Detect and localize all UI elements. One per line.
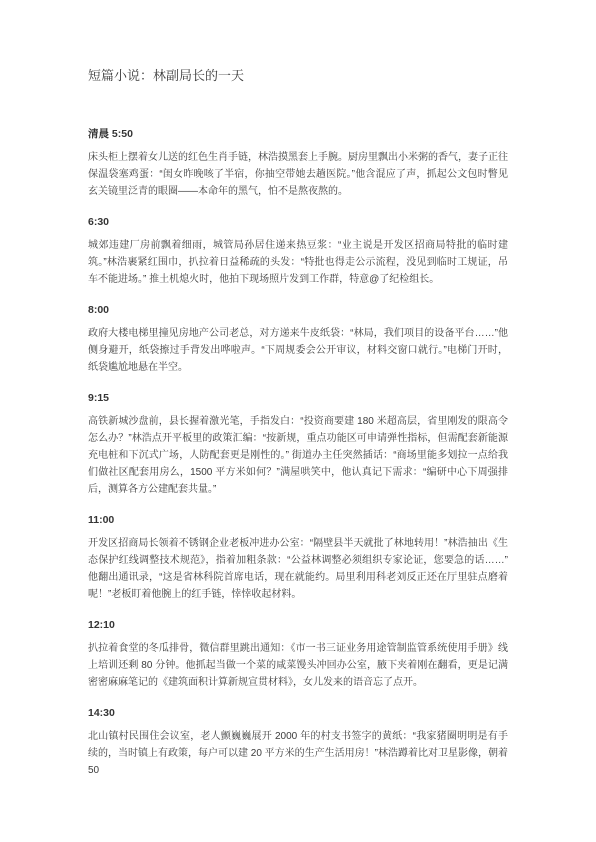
story-section-0550: 清晨 5:50 床头柜上摆着女儿送的红色生肖手链，林浩摸黑套上手腕。厨房里飘出小… <box>88 126 508 200</box>
section-time-heading: 清晨 5:50 <box>88 126 508 143</box>
document-title: 短篇小说：林副局长的一天 <box>88 66 508 86</box>
section-time-heading: 11:00 <box>88 512 508 529</box>
story-section-1100: 11:00 开发区招商局长领着不锈钢企业老板冲进办公室：“隔壁县半天就批了林地转… <box>88 512 508 603</box>
section-paragraph: 高铁新城沙盘前，县长握着激光笔，手指发白：“投资商要建 180 米超高层，省里刚… <box>88 413 508 498</box>
section-paragraph: 城郊违建厂房前飘着细雨，城管局孙居住递来热豆浆：“业主说是开发区招商局特批的临时… <box>88 237 508 288</box>
story-section-0630: 6:30 城郊违建厂房前飘着细雨，城管局孙居住递来热豆浆：“业主说是开发区招商局… <box>88 214 508 288</box>
story-section-0915: 9:15 高铁新城沙盘前，县长握着激光笔，手指发白：“投资商要建 180 米超高… <box>88 390 508 498</box>
section-paragraph: 政府大楼电梯里撞见房地产公司老总，对方递来牛皮纸袋：“林局，我们项目的设备平台…… <box>88 325 508 376</box>
section-time-heading: 6:30 <box>88 214 508 231</box>
section-paragraph: 扒拉着食堂的冬瓜排骨，微信群里跳出通知：《市一书三证业务用途管制监管系统使用手册… <box>88 640 508 691</box>
section-time-heading: 12:10 <box>88 617 508 634</box>
section-time-heading: 8:00 <box>88 302 508 319</box>
section-paragraph: 床头柜上摆着女儿送的红色生肖手链，林浩摸黑套上手腕。厨房里飘出小米粥的香气，妻子… <box>88 149 508 200</box>
story-section-1430: 14:30 北山镇村民围住会议室，老人颤巍巍展开 2000 年的村支书签字的黄纸… <box>88 705 508 779</box>
story-section-1210: 12:10 扒拉着食堂的冬瓜排骨，微信群里跳出通知：《市一书三证业务用途管制监管… <box>88 617 508 691</box>
section-paragraph: 北山镇村民围住会议室，老人颤巍巍展开 2000 年的村支书签字的黄纸：“我家猪圈… <box>88 728 508 779</box>
section-time-heading: 14:30 <box>88 705 508 722</box>
section-time-heading: 9:15 <box>88 390 508 407</box>
section-paragraph: 开发区招商局长领着不锈钢企业老板冲进办公室：“隔壁县半天就批了林地转用！”林浩抽… <box>88 535 508 603</box>
story-section-0800: 8:00 政府大楼电梯里撞见房地产公司老总，对方递来牛皮纸袋：“林局，我们项目的… <box>88 302 508 376</box>
document-page: 短篇小说：林副局长的一天 清晨 5:50 床头柜上摆着女儿送的红色生肖手链，林浩… <box>0 0 596 842</box>
